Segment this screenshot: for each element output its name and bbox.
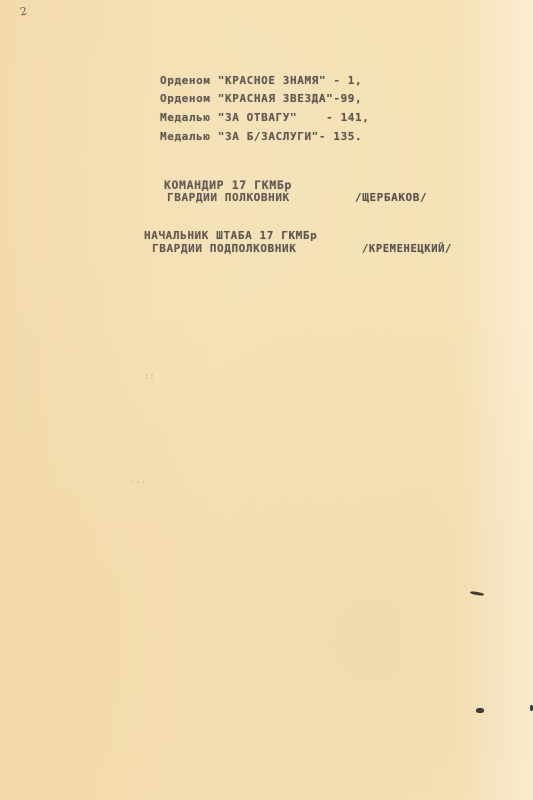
award-line: Медалью "ЗА Б/ЗАСЛУГИ"- 135. <box>160 130 362 143</box>
award-line: Орденом "КРАСНОЕ ЗНАМЯ" - 1, <box>160 74 362 87</box>
paper-speck <box>476 708 484 713</box>
signature-rank: ГВАРДИИ ПОДПОЛКОВНИК <box>152 242 296 255</box>
award-line: Орденом "КРАСНАЯ ЗВЕЗДА"-99, <box>160 92 362 105</box>
page-number: 2 <box>19 5 28 19</box>
signature-title: КОМАНДИР 17 ГКМБр <box>164 178 292 192</box>
paper-speck <box>470 591 484 596</box>
signature-name: /ЩЕРБАКОВ/ <box>355 191 427 204</box>
faint-mark: :: <box>144 372 155 382</box>
award-line: Медалью "ЗА ОТВАГУ" - 141, <box>160 111 369 124</box>
document-page: 2 Орденом "КРАСНОЕ ЗНАМЯ" - 1, Орденом "… <box>0 0 533 800</box>
signature-title: НАЧАЛЬНИК ШТАБА 17 ГКМБр <box>144 229 317 242</box>
signature-name: /КРЕМЕНЕЦКИЙ/ <box>362 243 452 255</box>
faint-mark: ··· <box>130 478 146 488</box>
signature-rank: ГВАРДИИ ПОЛКОВНИК <box>167 191 290 204</box>
